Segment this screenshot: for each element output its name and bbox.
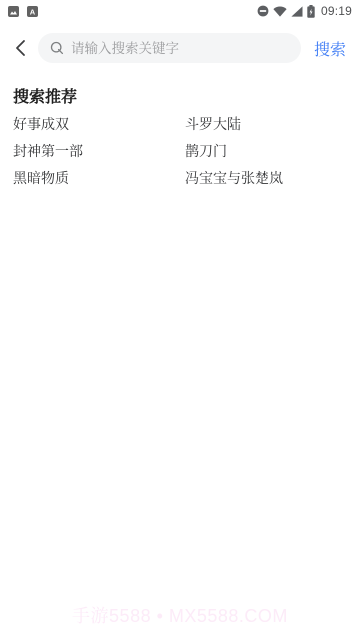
back-chevron-icon [15, 39, 26, 57]
suggestion-item[interactable]: 好事成双 [13, 111, 185, 138]
wifi-icon [273, 6, 287, 17]
search-button[interactable]: 搜索 [314, 37, 346, 60]
search-header: 搜索 [0, 20, 360, 68]
suggestion-item[interactable]: 鹊刀门 [185, 138, 347, 165]
watermark: 手游5588 • MX5588.COM [0, 602, 360, 628]
suggestion-item[interactable]: 封神第一部 [13, 138, 185, 165]
svg-text:A: A [30, 7, 36, 16]
status-time: 09:19 [321, 4, 352, 18]
status-bar-indicators: 09:19 [257, 4, 352, 18]
do-not-disturb-icon [257, 5, 269, 17]
battery-charging-icon [307, 5, 315, 18]
search-icon [50, 41, 71, 55]
status-bar-notifications: A [8, 6, 38, 17]
app-notification-icon-1 [8, 6, 19, 17]
status-bar: A 09:19 [0, 0, 360, 20]
search-box[interactable] [38, 33, 301, 63]
suggestion-item[interactable]: 斗罗大陆 [185, 111, 347, 138]
suggestion-item[interactable]: 冯宝宝与张楚岚 [185, 165, 347, 192]
app-notification-icon-2: A [27, 6, 38, 17]
back-button[interactable] [12, 33, 38, 63]
suggestions-title: 搜索推荐 [13, 89, 347, 106]
cellular-signal-icon [291, 6, 303, 17]
suggestion-item[interactable]: 黑暗物质 [13, 165, 185, 192]
search-input[interactable] [71, 41, 291, 56]
search-screen: A 09:19 [0, 0, 360, 640]
suggestions-grid: 好事成双 斗罗大陆 封神第一部 鹊刀门 黑暗物质 冯宝宝与张楚岚 [13, 111, 347, 192]
search-suggestions-section: 搜索推荐 好事成双 斗罗大陆 封神第一部 鹊刀门 黑暗物质 冯宝宝与张楚岚 [0, 68, 360, 192]
